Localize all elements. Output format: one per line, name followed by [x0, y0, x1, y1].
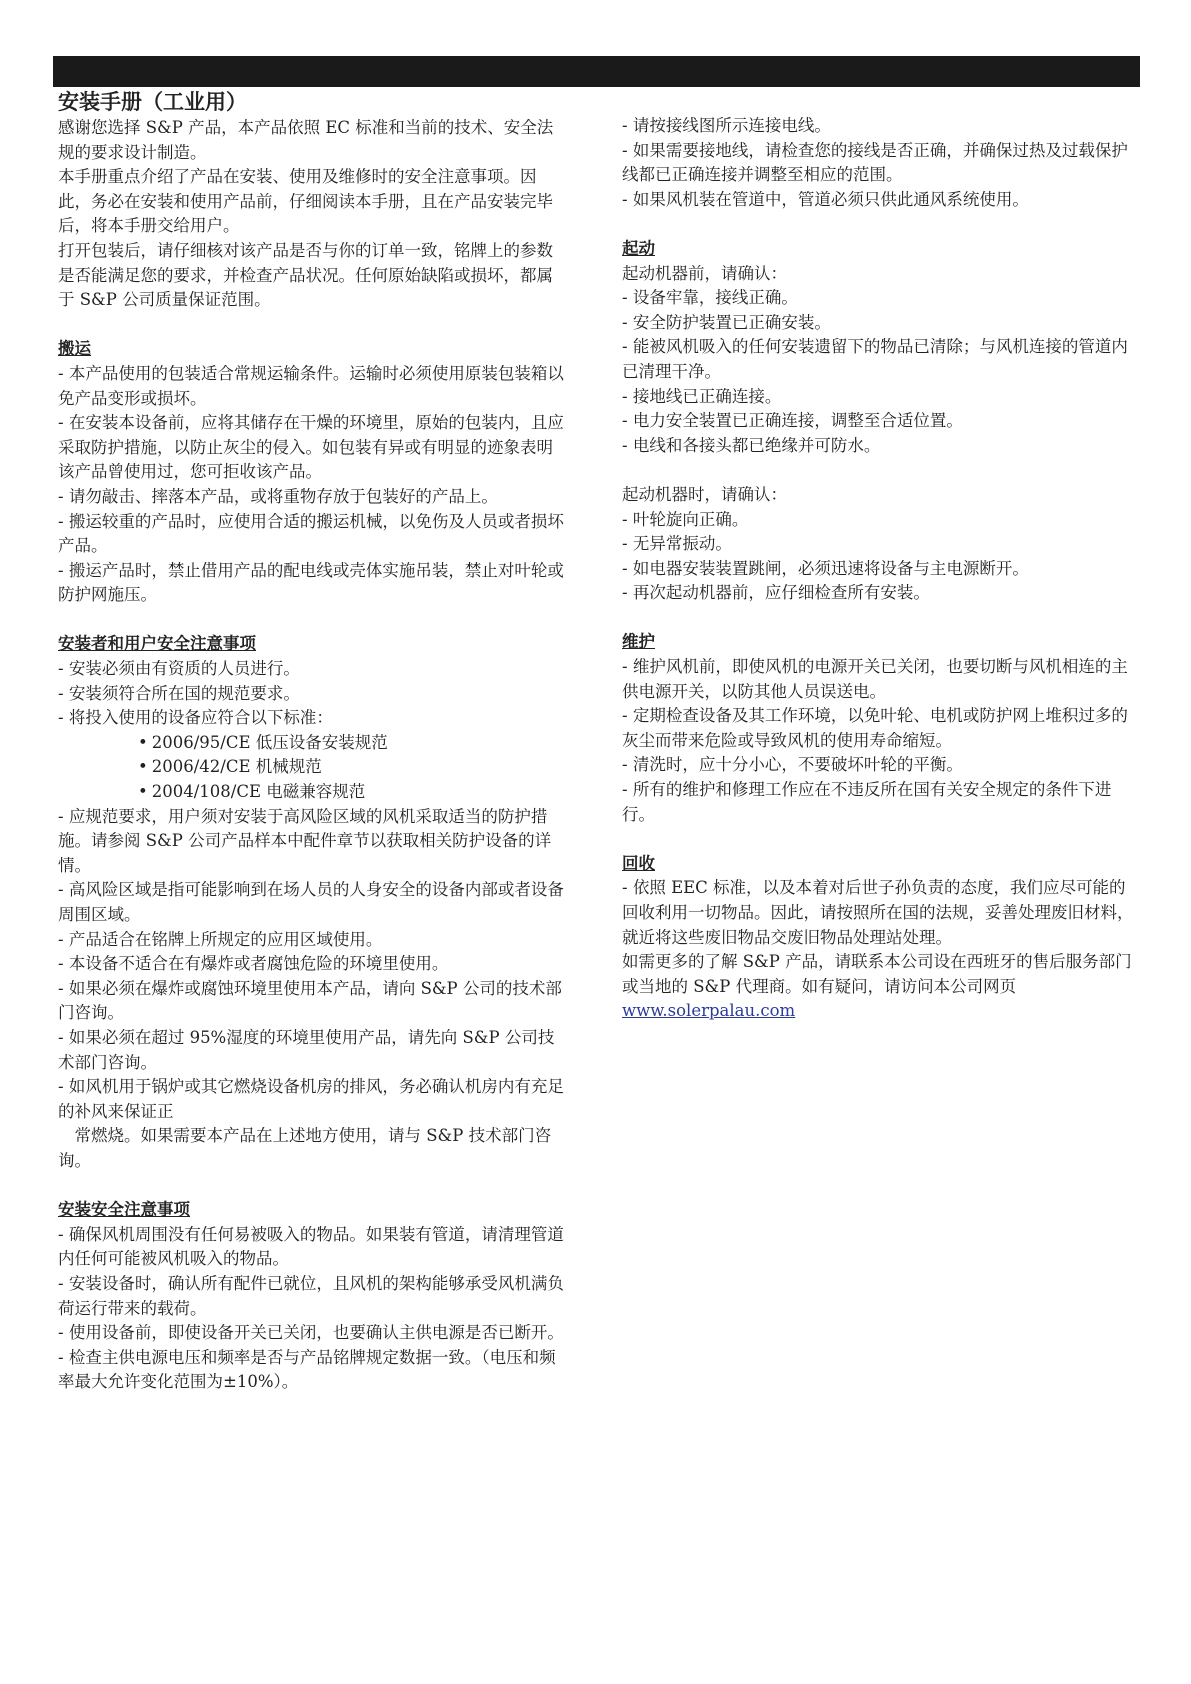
- section-heading-recycling: 回收: [622, 852, 1137, 877]
- header-bar: [53, 56, 1140, 87]
- user-safety-item: - 安装必须由有资质的人员进行。: [58, 657, 568, 682]
- startup-during-item: - 无异常振动。: [622, 532, 1137, 557]
- install-safety-item: - 安装设备时，确认所有配件已就位，且风机的架构能够承受风机满负荷运行带来的载荷…: [58, 1272, 568, 1321]
- contact-paragraph: 如需更多的了解 S&P 产品，请联系本公司设在西班牙的售后服务部门或当地的 S&…: [622, 950, 1137, 1024]
- startup-before-item: - 电力安全装置已正确连接，调整至合适位置。: [622, 409, 1137, 434]
- startup-before-item: - 电线和各接头都已绝缘并可防水。: [622, 434, 1137, 459]
- right-column: - 请按接线图所示连接电线。 - 如果需要接地线，请检查您的接线是否正确，并确保…: [622, 114, 1137, 1024]
- maintenance-item: - 维护风机前，即使风机的电源开关已关闭，也要切断与风机相连的主供电源开关，以防…: [622, 655, 1137, 704]
- startup-during-label: 起动机器时，请确认：: [622, 483, 1137, 508]
- startup-during-item: - 叶轮旋向正确。: [622, 508, 1137, 533]
- maintenance-item: - 所有的维护和修理工作应在不违反所在国有关安全规定的条件下进行。: [622, 778, 1137, 827]
- transport-item: - 请勿敲击、摔落本产品，或将重物存放于包装好的产品上。: [58, 485, 568, 510]
- intro-paragraph: 打开包装后，请仔细核对该产品是否与你的订单一致，铭牌上的参数是否能满足您的要求，…: [58, 239, 568, 313]
- section-heading-user-safety: 安装者和用户安全注意事项: [58, 632, 568, 657]
- page-title: 安装手册（工业用）: [58, 88, 568, 116]
- user-safety-item: - 将投入使用的设备应符合以下标准：: [58, 706, 568, 731]
- startup-before-item: - 能被风机吸入的任何安装遗留下的物品已清除；与风机连接的管道内已清理干净。: [622, 335, 1137, 384]
- user-safety-item: - 如果必须在爆炸或腐蚀环境里使用本产品，请向 S&P 公司的技术部门咨询。: [58, 977, 568, 1026]
- maintenance-item: - 定期检查设备及其工作环境，以免叶轮、电机或防护网上堆积过多的灰尘而带来危险或…: [622, 704, 1137, 753]
- user-safety-item: - 如风机用于锅炉或其它燃烧设备机房的排风，务必确认机房内有充足的补风来保证正: [58, 1075, 568, 1124]
- website-link[interactable]: www.solerpalau.com: [622, 1001, 795, 1020]
- transport-item: - 本产品使用的包装适合常规运输条件。运输时必须使用原装包装箱以免产品变形或损坏…: [58, 362, 568, 411]
- transport-item: - 在安装本设备前，应将其储存在干燥的环境里，原始的包装内，且应采取防护措施，以…: [58, 411, 568, 485]
- standard-bullet: 2006/42/CE 机械规范: [58, 755, 568, 780]
- install-safety-item: - 使用设备前，即使设备开关已关闭，也要确认主供电源是否已断开。: [58, 1321, 568, 1346]
- install-safety-item: - 检查主供电源电压和频率是否与产品铭牌规定数据一致。（电压和频率最大允许变化范…: [58, 1346, 568, 1395]
- user-safety-item: - 应规范要求，用户须对安装于高风险区域的风机采取适当的防护措施。请参阅 S&P…: [58, 805, 568, 879]
- left-column: 安装手册（工业用） 感谢您选择 S&P 产品，本产品依照 EC 标准和当前的技术…: [58, 88, 568, 1395]
- standard-bullet: 2006/95/CE 低压设备安装规范: [58, 731, 568, 756]
- intro-paragraph: 感谢您选择 S&P 产品，本产品依照 EC 标准和当前的技术、安全法规的要求设计…: [58, 116, 568, 165]
- transport-item: - 搬运较重的产品时，应使用合适的搬运机械，以免伤及人员或者损坏产品。: [58, 510, 568, 559]
- user-safety-item: - 安装须符合所在国的规范要求。: [58, 682, 568, 707]
- recycling-item: - 依照 EEC 标准，以及本着对后世子孙负责的态度，我们应尽可能的回收利用一切…: [622, 876, 1137, 950]
- startup-before-item: - 安全防护装置已正确安装。: [622, 311, 1137, 336]
- user-safety-continuation: 常燃烧。如果需要本产品在上述地方使用，请与 S&P 技术部门咨询。: [58, 1124, 568, 1173]
- wiring-item: - 如果风机装在管道中，管道必须只供此通风系统使用。: [622, 188, 1137, 213]
- maintenance-item: - 清洗时，应十分小心，不要破坏叶轮的平衡。: [622, 753, 1137, 778]
- standard-bullet: 2004/108/CE 电磁兼容规范: [58, 780, 568, 805]
- section-heading-transport: 搬运: [58, 337, 568, 362]
- user-safety-item: - 本设备不适合在有爆炸或者腐蚀危险的环境里使用。: [58, 952, 568, 977]
- user-safety-item: - 产品适合在铭牌上所规定的应用区域使用。: [58, 928, 568, 953]
- section-heading-install-safety: 安装安全注意事项: [58, 1198, 568, 1223]
- user-safety-item: - 如果必须在超过 95%湿度的环境里使用产品，请先向 S&P 公司技术部门咨询…: [58, 1026, 568, 1075]
- transport-item: - 搬运产品时，禁止借用产品的配电线或壳体实施吊装，禁止对叶轮或防护网施压。: [58, 559, 568, 608]
- startup-before-label: 起动机器前，请确认：: [622, 262, 1137, 287]
- startup-before-item: - 接地线已正确连接。: [622, 385, 1137, 410]
- startup-during-item: - 再次起动机器前，应仔细检查所有安装。: [622, 581, 1137, 606]
- wiring-item: - 如果需要接地线，请检查您的接线是否正确，并确保过热及过载保护线都已正确连接并…: [622, 139, 1137, 188]
- startup-before-item: - 设备牢靠，接线正确。: [622, 286, 1137, 311]
- intro-paragraph: 本手册重点介绍了产品在安装、使用及维修时的安全注意事项。因此，务必在安装和使用产…: [58, 165, 568, 239]
- wiring-item: - 请按接线图所示连接电线。: [622, 114, 1137, 139]
- contact-text: 如需更多的了解 S&P 产品，请联系本公司设在西班牙的售后服务部门或当地的 S&…: [622, 952, 1132, 996]
- startup-during-item: - 如电器安装装置跳闸，必须迅速将设备与主电源断开。: [622, 557, 1137, 582]
- user-safety-item: - 高风险区域是指可能影响到在场人员的人身安全的设备内部或者设备周围区域。: [58, 878, 568, 927]
- section-heading-maintenance: 维护: [622, 630, 1137, 655]
- install-safety-item: - 确保风机周围没有任何易被吸入的物品。如果装有管道，请清理管道内任何可能被风机…: [58, 1223, 568, 1272]
- section-heading-startup: 起动: [622, 237, 1137, 262]
